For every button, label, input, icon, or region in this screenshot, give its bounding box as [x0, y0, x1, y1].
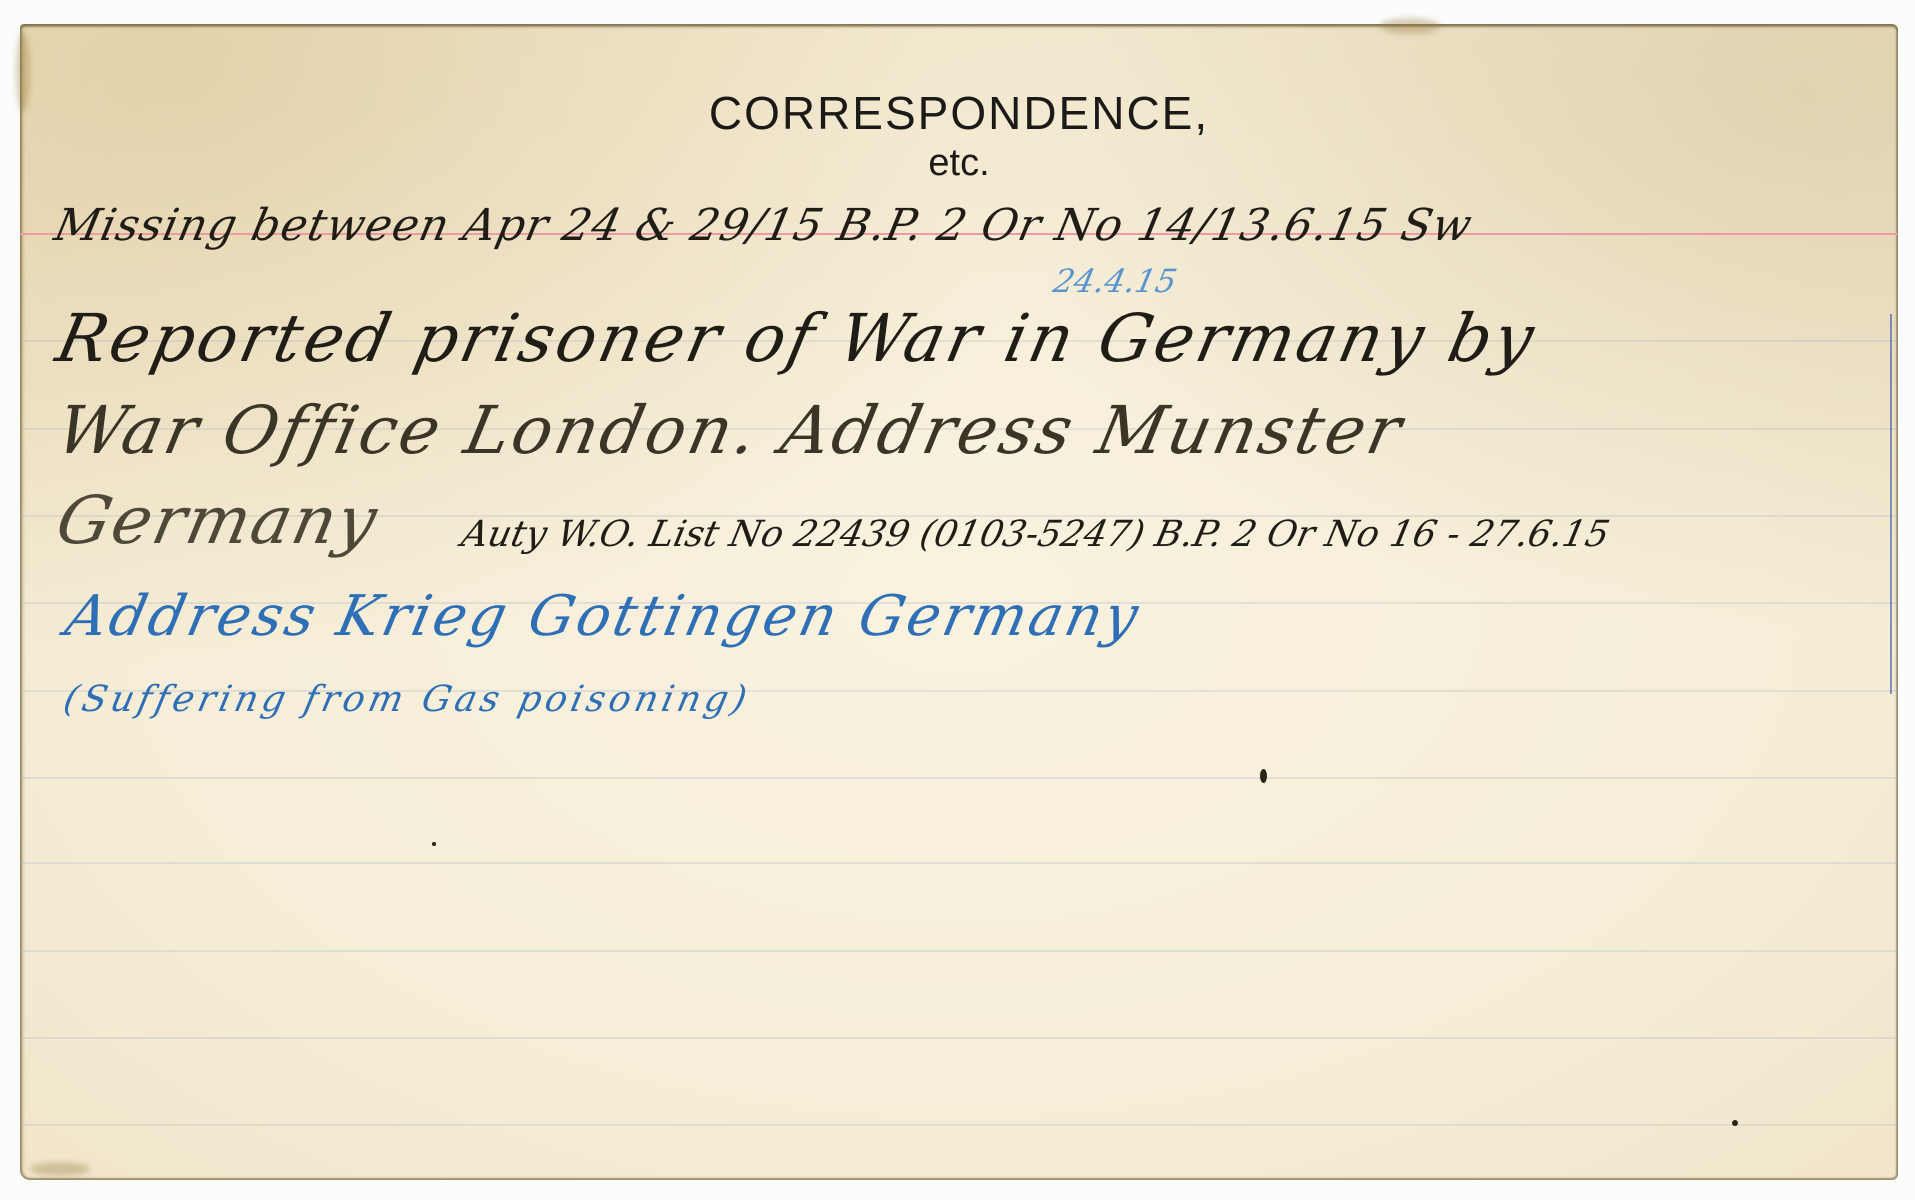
ruled-line [20, 1124, 1898, 1126]
ruled-line [20, 777, 1898, 779]
entry-war-office-address: War Office London. Address Munster [50, 392, 1411, 469]
ruled-line [20, 862, 1898, 864]
entry-reported-prisoner: Reported prisoner of War in Germany by [50, 300, 1543, 377]
ruled-line [20, 950, 1898, 952]
ruled-line [20, 1037, 1898, 1039]
entry-germany: Germany [50, 482, 385, 559]
entry-inserted-date: 24.4.15 [1050, 262, 1180, 300]
entry-missing-between: Missing between Apr 24 & 29/15 B.P. 2 Or… [50, 200, 1477, 251]
paper-speck [1732, 1120, 1738, 1126]
printed-header-subtitle: etc. [20, 142, 1898, 185]
printed-header-title: CORRESPONDENCE, [20, 86, 1898, 140]
paper-stain [1380, 18, 1440, 34]
entry-authority-list: Auty W.O. List No 22439 (0103-5247) B.P.… [458, 514, 1613, 555]
entry-address-gottingen: Address Krieg Gottingen Germany [60, 584, 1147, 649]
paper-speck [1260, 769, 1267, 783]
entry-gas-poisoning: (Suffering from Gas poisoning) [60, 679, 754, 720]
paper-stain [30, 1162, 90, 1176]
record-card: CORRESPONDENCE, etc. Missing between Apr… [20, 24, 1898, 1180]
card-edge-mark [1890, 314, 1892, 694]
paper-stain [16, 32, 30, 112]
paper-speck [432, 842, 436, 846]
